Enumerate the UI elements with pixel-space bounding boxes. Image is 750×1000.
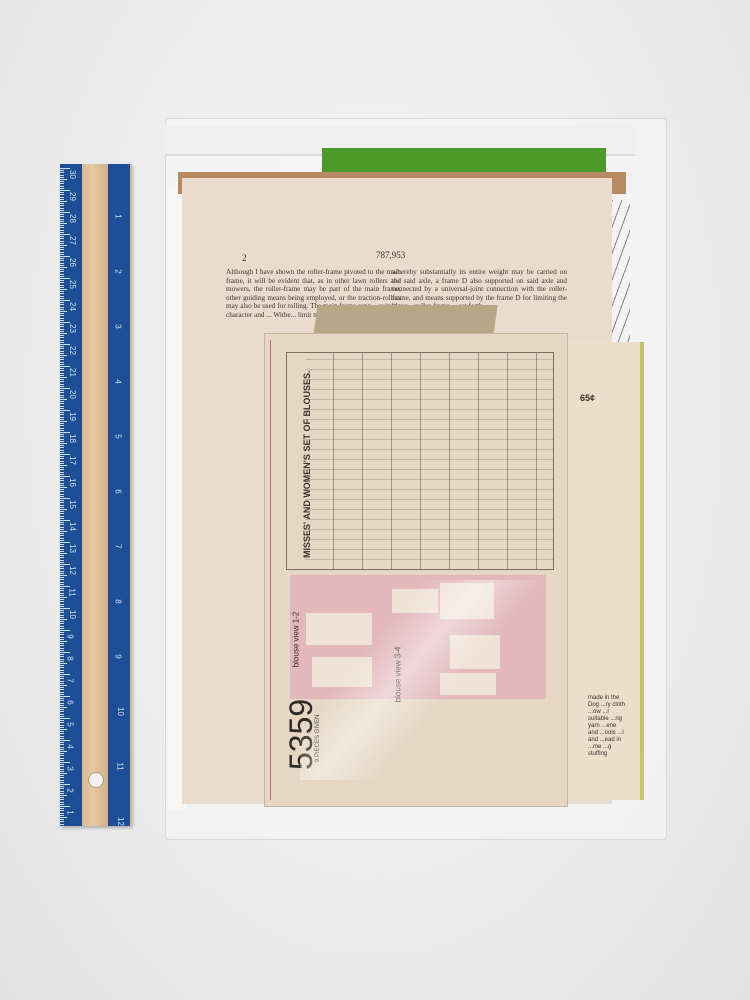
ruler-tick	[60, 205, 64, 206]
ruler-tick	[60, 540, 64, 541]
ruler-tick	[60, 538, 64, 539]
ruler-tick	[60, 788, 64, 789]
ruler-tick	[60, 597, 67, 598]
ruler-tick	[60, 753, 64, 754]
ruler-cm-label: 16	[68, 478, 77, 487]
ruler-tick	[60, 463, 64, 464]
ruler-tick	[60, 454, 70, 455]
ruler-tick	[60, 815, 64, 816]
ruler-tick	[60, 225, 64, 226]
ruler-tick	[60, 551, 64, 552]
ruler-tick	[60, 810, 64, 811]
ruler-tick	[60, 168, 70, 169]
ruler-inch-label: 7	[114, 544, 123, 548]
ruler-tick	[60, 478, 64, 479]
ruler-tick	[60, 766, 64, 767]
ruler-tick	[60, 738, 64, 739]
ruler-tick	[60, 795, 67, 796]
ruler-tick	[60, 676, 64, 677]
page-number: 2	[242, 253, 247, 263]
ruler-tick	[60, 744, 64, 745]
ruler-tick	[60, 553, 67, 554]
ruler-tick	[60, 333, 67, 334]
ruler-tick	[60, 711, 64, 712]
ruler-inch-label: 5	[114, 434, 123, 438]
ruler-tick	[60, 500, 64, 501]
ruler-tick	[60, 480, 64, 481]
ruler-tick	[60, 599, 64, 600]
ruler-tick	[60, 179, 67, 180]
ruler-tick	[60, 775, 64, 776]
ruler-hang-hole	[88, 772, 104, 788]
ruler-tick	[60, 610, 64, 611]
ruler-tick	[60, 621, 64, 622]
ruler-tick	[60, 716, 64, 717]
ruler-tick	[60, 430, 64, 431]
ruler-tick	[60, 667, 64, 668]
ruler-tick	[60, 267, 67, 268]
ruler-tick	[60, 549, 64, 550]
ruler-tick	[60, 564, 70, 565]
ruler-tick	[60, 670, 64, 671]
ruler-tick	[60, 685, 67, 686]
ruler-tick	[60, 260, 64, 261]
ruler-cm-label: 17	[68, 456, 77, 465]
ruler-tick	[60, 566, 64, 567]
ruler-tick	[60, 377, 67, 378]
ruler-tick	[60, 727, 64, 728]
ruler-tick	[60, 434, 64, 435]
ruler-cm-label: 15	[68, 500, 77, 509]
ruler-inch-label: 2	[114, 269, 123, 273]
ruler-tick	[60, 271, 64, 272]
ruler-tick	[60, 590, 64, 591]
ruler-cm-label: 26	[68, 258, 77, 267]
ruler-tick	[60, 238, 64, 239]
ruler-tick	[60, 304, 64, 305]
ruler-tick	[60, 256, 70, 257]
ruler-tick	[60, 755, 64, 756]
ruler-tick	[60, 465, 67, 466]
ruler-tick	[60, 472, 64, 473]
ruler-tick	[60, 188, 64, 189]
ruler-tick	[60, 247, 64, 248]
ruler-tick	[60, 315, 64, 316]
ruler-tick	[60, 491, 64, 492]
ruler-tick	[60, 802, 64, 803]
ruler-cm-label: 23	[68, 324, 77, 333]
ruler-tick	[60, 474, 64, 475]
ruler-tick	[60, 637, 64, 638]
ruler-tick	[60, 192, 64, 193]
ruler-tick	[60, 639, 64, 640]
ruler-tick	[60, 307, 64, 308]
ruler-tick	[60, 560, 64, 561]
ruler-tick	[60, 535, 64, 536]
ruler-tick	[60, 672, 64, 673]
ruler-tick	[60, 227, 64, 228]
ruler-tick	[60, 573, 64, 574]
ruler-tick	[60, 780, 64, 781]
ruler-cm-label: 28	[68, 214, 77, 223]
ruler-inch-label: 4	[114, 379, 123, 383]
ruler-tick	[60, 817, 67, 818]
ruler-tick	[60, 705, 64, 706]
ruler-tick	[60, 773, 67, 774]
ruler-cm-label: 29	[68, 192, 77, 201]
ruler-tick	[60, 236, 64, 237]
ruler-cm-label: 1	[66, 810, 75, 814]
ruler-tick	[60, 302, 64, 303]
ruler-cm-label: 5	[66, 722, 75, 726]
ruler-tick	[60, 689, 64, 690]
ruler-tick	[60, 808, 64, 809]
ruler-tick	[60, 197, 64, 198]
ruler-tick	[60, 403, 64, 404]
ruler-tick	[60, 263, 64, 264]
ruler-tick	[60, 322, 70, 323]
ruler-tick	[60, 412, 64, 413]
ruler-tick	[60, 324, 64, 325]
ruler-tick	[60, 608, 70, 609]
ruler-tick	[60, 762, 70, 763]
ruler-tick	[60, 329, 64, 330]
chart-grid	[305, 353, 553, 569]
ruler-tick	[60, 243, 64, 244]
ruler-cm-label: 4	[66, 744, 75, 748]
ruler-tick	[60, 203, 64, 204]
ruler-tick	[60, 557, 64, 558]
ruler-tick	[60, 784, 70, 785]
ruler-tick	[60, 604, 64, 605]
ruler-inch-label: 11	[116, 762, 125, 770]
ruler-tick	[60, 408, 64, 409]
ruler-tick	[60, 804, 64, 805]
ruler-tick	[60, 384, 64, 385]
ruler-tick	[60, 406, 64, 407]
ruler-inch-scale	[108, 164, 130, 826]
ruler-tick	[60, 366, 70, 367]
ruler-tick	[60, 467, 64, 468]
ruler-inch-label: 10	[116, 707, 125, 716]
ruler-tick	[60, 265, 64, 266]
ruler-cm-label: 14	[68, 522, 77, 531]
ruler-tick	[60, 320, 64, 321]
ruler-tick	[60, 311, 67, 312]
ruler-tick	[60, 428, 64, 429]
ruler-tick	[60, 507, 64, 508]
ruler-tick	[60, 736, 64, 737]
ruler-tick	[60, 505, 64, 506]
ruler-tick	[60, 683, 64, 684]
ruler-tick	[60, 410, 70, 411]
ruler-tick	[60, 494, 64, 495]
ruler-tick	[60, 623, 64, 624]
ruler-tick	[60, 170, 64, 171]
ruler-tick	[60, 562, 64, 563]
ruler-tick	[60, 782, 64, 783]
ruler-tick	[60, 175, 64, 176]
ruler-cm-label: 25	[68, 280, 77, 289]
ruler-tick	[60, 344, 70, 345]
ruler-tick	[60, 357, 64, 358]
ruler-tick	[60, 223, 67, 224]
ruler-tick	[60, 291, 64, 292]
ruler-tick	[60, 245, 67, 246]
ruler-tick	[60, 791, 64, 792]
ruler-tick	[60, 177, 64, 178]
ruler-tick	[60, 487, 67, 488]
ruler-tick	[60, 212, 70, 213]
ruler-tick	[60, 210, 64, 211]
ruler-tick	[60, 190, 70, 191]
ruler-tick	[60, 531, 67, 532]
ruler-tick	[60, 751, 67, 752]
ruler-tick	[60, 355, 67, 356]
ruler-tick	[60, 318, 64, 319]
ruler-tick	[60, 654, 64, 655]
ruler-tick	[60, 665, 64, 666]
ruler-tick	[60, 626, 64, 627]
ruler-tick	[60, 425, 64, 426]
ruler-tick	[60, 612, 64, 613]
ruler-tick	[60, 423, 64, 424]
ruler-cm-label: 6	[66, 700, 75, 704]
ruler-tick	[60, 390, 64, 391]
ruler-tick	[60, 419, 64, 420]
ruler-tick	[60, 652, 70, 653]
ruler-tick	[60, 819, 64, 820]
ruler-tick	[60, 381, 64, 382]
ruler-tick	[60, 709, 64, 710]
ruler-tick	[60, 199, 64, 200]
ruler-tick	[60, 511, 64, 512]
ruler-tick	[60, 282, 64, 283]
plastic-glare	[300, 580, 540, 780]
ruler-tick	[60, 714, 64, 715]
ruler-cm-label: 9	[66, 634, 75, 638]
ruler-tick	[60, 520, 70, 521]
ruler-tick	[60, 729, 67, 730]
ruler-tick	[60, 432, 70, 433]
ruler-tick	[60, 544, 64, 545]
ruler-tick	[60, 571, 64, 572]
ruler-tick	[60, 764, 64, 765]
ruler-tick	[60, 375, 64, 376]
ruler-tick	[60, 524, 64, 525]
ruler-tick	[60, 348, 64, 349]
ruler-tick	[60, 181, 64, 182]
ruler-tick	[60, 214, 64, 215]
ruler-cm-label: 3	[66, 766, 75, 770]
ruler-tick	[60, 681, 64, 682]
ruler-tick	[60, 643, 64, 644]
ruler-tick	[60, 392, 64, 393]
ruler-tick	[60, 630, 70, 631]
ruler-tick	[60, 458, 64, 459]
ruler-tick	[60, 183, 64, 184]
ruler-tick	[60, 826, 64, 827]
ruler-tick	[60, 555, 64, 556]
ruler-cm-label: 10	[68, 610, 77, 619]
ruler-tick	[60, 502, 64, 503]
ruler-tick	[60, 656, 64, 657]
ruler-tick	[60, 577, 64, 578]
ruler-tick	[60, 370, 64, 371]
ruler-cm-label: 19	[68, 412, 77, 421]
ruler-tick	[60, 456, 64, 457]
ruler-cm-label: 30	[68, 170, 77, 179]
ruler-tick	[60, 194, 64, 195]
ruler-tick	[60, 659, 64, 660]
ruler-tick	[60, 359, 64, 360]
envelope-red-border	[270, 340, 271, 800]
ruler-tick	[60, 698, 64, 699]
ruler-inch-label: 1	[114, 214, 123, 218]
ruler-tick	[60, 397, 64, 398]
ruler-tick	[60, 368, 64, 369]
ruler-tick	[60, 172, 64, 173]
ruler-tick	[60, 476, 70, 477]
ruler-tick	[60, 208, 64, 209]
ruler-tick	[60, 362, 64, 363]
ruler-tick	[60, 450, 64, 451]
ruler-tick	[60, 439, 64, 440]
ruler-tick	[60, 579, 64, 580]
ruler-tick	[60, 461, 64, 462]
ruler-tick	[60, 441, 64, 442]
ruler-tick	[60, 483, 64, 484]
ruler-tick	[60, 469, 64, 470]
ruler-tick	[60, 740, 70, 741]
ruler-tick	[60, 586, 70, 587]
ruler-tick	[60, 252, 64, 253]
ruler-tick	[60, 395, 64, 396]
ruler-cm-label: 20	[68, 390, 77, 399]
ruler-tick	[60, 694, 64, 695]
ruler-tick	[60, 742, 64, 743]
ruler-cm-label: 12	[68, 566, 77, 575]
ruler-tick	[60, 760, 64, 761]
ruler-tick	[60, 417, 64, 418]
ruler-tick	[60, 221, 64, 222]
ruler-tick	[60, 298, 64, 299]
yardage-chart: MISSES' AND WOMEN'S SET OF BLOUSES.	[286, 352, 554, 570]
ruler-tick	[60, 289, 67, 290]
ruler-tick	[60, 533, 64, 534]
ruler-cm-label: 18	[68, 434, 77, 443]
ruler-tick	[60, 703, 64, 704]
ruler-tick	[60, 388, 70, 389]
ruler-tick	[60, 509, 67, 510]
ruler-tick	[60, 749, 64, 750]
ruler-tick	[60, 619, 67, 620]
ruler-tick	[60, 568, 64, 569]
ruler-tick	[60, 529, 64, 530]
ruler-tick	[60, 379, 64, 380]
ruler-tick	[60, 747, 64, 748]
ruler-tick	[60, 293, 64, 294]
ruler-tick	[60, 276, 64, 277]
ruler-tick	[60, 678, 64, 679]
ruler-tick	[60, 769, 64, 770]
ruler-tick	[60, 364, 64, 365]
ruler-tick	[60, 813, 64, 814]
ruler-tick	[60, 584, 64, 585]
ruler-inch-label: 12	[116, 817, 125, 826]
ruler-tick	[60, 258, 64, 259]
ruler-tick	[60, 722, 64, 723]
ruler-tick	[60, 777, 64, 778]
ruler-inch-label: 6	[114, 489, 123, 493]
ruler-tick	[60, 399, 67, 400]
ruler-cm-label: 13	[68, 544, 77, 553]
ruler-cm-label: 11	[68, 588, 77, 596]
ruler-cm-label: 27	[68, 236, 77, 245]
ruler-tick	[60, 733, 64, 734]
ruler-tick	[60, 313, 64, 314]
ruler-tick	[60, 287, 64, 288]
ruler-tick	[60, 274, 64, 275]
ruler-tick	[60, 300, 70, 301]
ruler-tick	[60, 546, 64, 547]
envelope-price: 65¢	[580, 393, 595, 403]
ruler-tick	[60, 674, 70, 675]
ruler-tick	[60, 650, 64, 651]
ruler-tick	[60, 687, 64, 688]
ruler-inch-label: 9	[114, 654, 123, 658]
ruler-tick	[60, 278, 70, 279]
ruler-tick	[60, 232, 64, 233]
ruler-tick	[60, 606, 64, 607]
ruler-tick	[60, 595, 64, 596]
ruler-tick	[60, 280, 64, 281]
ruler-tick	[60, 663, 67, 664]
ruler-tick	[60, 645, 64, 646]
ruler-tick	[60, 498, 70, 499]
ruler-tick	[60, 696, 70, 697]
ruler-tick	[60, 634, 64, 635]
ruler-cm-label: 8	[66, 656, 75, 660]
layout-label-view-1-2: blouse view 1-2	[291, 612, 300, 668]
ruler-tick	[60, 346, 64, 347]
ruler-tick	[60, 353, 64, 354]
ruler-tick	[60, 707, 67, 708]
ruler-tick	[60, 799, 64, 800]
ruler-tick	[60, 401, 64, 402]
ruler-tick	[60, 593, 64, 594]
ruler-tick	[60, 234, 70, 235]
ruler-tick	[60, 331, 64, 332]
ruler-tick	[60, 542, 70, 543]
ruler-tick	[60, 296, 64, 297]
ruler-tick	[60, 806, 70, 807]
ruler-tick	[60, 489, 64, 490]
ruler-inch-label: 3	[114, 324, 123, 328]
ruler-tick	[60, 588, 64, 589]
ruler-cm-label: 24	[68, 302, 77, 311]
ruler-tick	[60, 518, 64, 519]
ruler-tick	[60, 443, 67, 444]
ruler-tick	[60, 309, 64, 310]
ruler-tick	[60, 582, 64, 583]
ruler-tick	[60, 447, 64, 448]
envelope-side-text: made in the Dog ...ry cloth ...ow ...r s…	[588, 695, 628, 758]
ruler-wood-strip	[82, 164, 108, 826]
ruler-tick	[60, 771, 64, 772]
ruler-tick	[60, 718, 70, 719]
ruler-tick	[60, 335, 64, 336]
